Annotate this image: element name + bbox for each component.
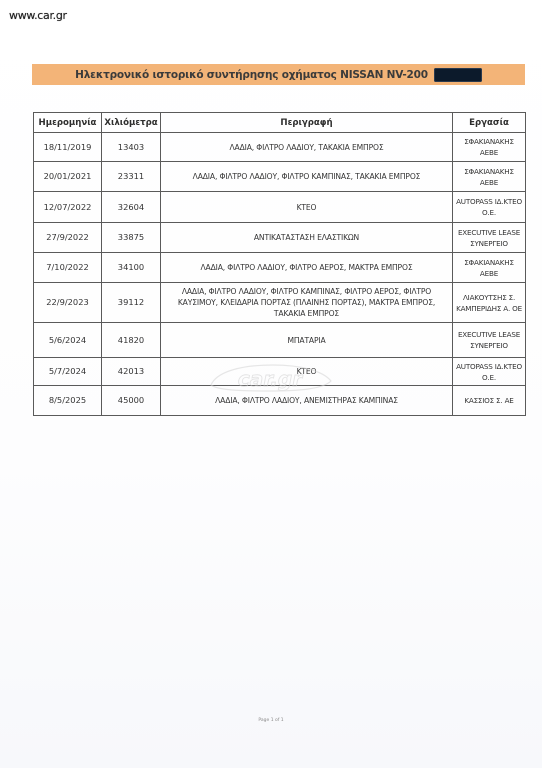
cell-date: 18/11/2019 bbox=[34, 133, 102, 162]
cell-description: ΛΑΔΙΑ, ΦΙΛΤΡΟ ΛΑΔΙΟΥ, ΤΑΚΑΚΙΑ ΕΜΠΡΟΣ bbox=[161, 133, 453, 162]
cell-date: 22/9/2023 bbox=[34, 283, 102, 323]
table-row: 5/6/202441820ΜΠΑΤΑΡΙΑEXECUTIVE LEASE ΣΥΝ… bbox=[34, 323, 526, 358]
cell-workshop: ΣΦΑΚΙΑΝΑΚΗΣ ΑΕΒΕ bbox=[453, 253, 526, 283]
cell-workshop: AUTOPASS ΙΔ.ΚΤΕΟ Ο.Ε. bbox=[453, 358, 526, 386]
header-km: Χιλιόμετρα bbox=[102, 113, 161, 133]
cell-date: 27/9/2022 bbox=[34, 223, 102, 253]
document-title: Ηλεκτρονικό ιστορικό συντήρησης οχήματος… bbox=[75, 69, 428, 81]
cell-description: ΚΤΕΟ bbox=[161, 192, 453, 223]
table-row: 22/9/202339112ΛΑΔΙΑ, ΦΙΛΤΡΟ ΛΑΔΙΟΥ, ΦΙΛΤ… bbox=[34, 283, 526, 323]
cell-description: ΛΑΔΙΑ, ΦΙΛΤΡΟ ΛΑΔΙΟΥ, ΦΙΛΤΡΟ ΚΑΜΠΙΝΑΣ, Φ… bbox=[161, 283, 453, 323]
cell-workshop: EXECUTIVE LEASE ΣΥΝΕΡΓΕΙΟ bbox=[453, 323, 526, 358]
table-row: 18/11/201913403ΛΑΔΙΑ, ΦΙΛΤΡΟ ΛΑΔΙΟΥ, ΤΑΚ… bbox=[34, 133, 526, 162]
header-description: Περιγραφή bbox=[161, 113, 453, 133]
cell-km: 45000 bbox=[102, 386, 161, 416]
site-watermark: www.car.gr bbox=[9, 9, 67, 22]
cell-date: 8/5/2025 bbox=[34, 386, 102, 416]
cell-workshop: ΣΦΑΚΙΑΝΑΚΗΣ ΑΕΒΕ bbox=[453, 162, 526, 192]
cell-date: 5/7/2024 bbox=[34, 358, 102, 386]
cell-km: 33875 bbox=[102, 223, 161, 253]
cell-km: 34100 bbox=[102, 253, 161, 283]
table-row: 7/10/202234100ΛΑΔΙΑ, ΦΙΛΤΡΟ ΛΑΔΙΟΥ, ΦΙΛΤ… bbox=[34, 253, 526, 283]
cell-km: 23311 bbox=[102, 162, 161, 192]
maintenance-history-table: Ημερομηνία Χιλιόμετρα Περιγραφή Εργασία … bbox=[33, 112, 526, 416]
cell-description: ΛΑΔΙΑ, ΦΙΛΤΡΟ ΛΑΔΙΟΥ, ΦΙΛΤΡΟ ΑΕΡΟΣ, ΜΑΚΤ… bbox=[161, 253, 453, 283]
cell-workshop: EXECUTIVE LEASE ΣΥΝΕΡΓΕΙΟ bbox=[453, 223, 526, 253]
cell-date: 7/10/2022 bbox=[34, 253, 102, 283]
scanned-page: www.car.gr Ηλεκτρονικό ιστορικό συντήρησ… bbox=[0, 0, 542, 768]
table-row: 12/07/202232604ΚΤΕΟAUTOPASS ΙΔ.ΚΤΕΟ Ο.Ε. bbox=[34, 192, 526, 223]
table-row: 20/01/202123311ΛΑΔΙΑ, ΦΙΛΤΡΟ ΛΑΔΙΟΥ, ΦΙΛ… bbox=[34, 162, 526, 192]
cell-date: 5/6/2024 bbox=[34, 323, 102, 358]
table-body: 18/11/201913403ΛΑΔΙΑ, ΦΙΛΤΡΟ ΛΑΔΙΟΥ, ΤΑΚ… bbox=[34, 133, 526, 416]
cell-workshop: ΣΦΑΚΙΑΝΑΚΗΣ ΑΕΒΕ bbox=[453, 133, 526, 162]
cell-km: 32604 bbox=[102, 192, 161, 223]
cell-workshop: ΚΑΣΣΙΟΣ Σ. ΑΕ bbox=[453, 386, 526, 416]
page-number: Page 1 of 1 bbox=[0, 718, 542, 723]
cell-km: 13403 bbox=[102, 133, 161, 162]
cell-description: ΛΑΔΙΑ, ΦΙΛΤΡΟ ΛΑΔΙΟΥ, ΦΙΛΤΡΟ ΚΑΜΠΙΝΑΣ, Τ… bbox=[161, 162, 453, 192]
header-date: Ημερομηνία bbox=[34, 113, 102, 133]
cell-date: 12/07/2022 bbox=[34, 192, 102, 223]
table-row: 27/9/202233875ΑΝΤΙΚΑΤΑΣΤΑΣΗ ΕΛΑΣΤΙΚΩΝEXE… bbox=[34, 223, 526, 253]
cell-km: 39112 bbox=[102, 283, 161, 323]
cell-description: ΛΑΔΙΑ, ΦΙΛΤΡΟ ΛΑΔΙΟΥ, ΑΝΕΜΙΣΤΗΡΑΣ ΚΑΜΠΙΝ… bbox=[161, 386, 453, 416]
cell-description: ΑΝΤΙΚΑΤΑΣΤΑΣΗ ΕΛΑΣΤΙΚΩΝ bbox=[161, 223, 453, 253]
redacted-plate-box bbox=[434, 68, 482, 82]
cell-workshop: ΛΙΑΚΟΥΤΣΗΣ Σ. ΚΑΜΠΕΡΙΔΗΣ Α. ΟΕ bbox=[453, 283, 526, 323]
title-banner: Ηλεκτρονικό ιστορικό συντήρησης οχήματος… bbox=[32, 64, 525, 85]
cell-workshop: AUTOPASS ΙΔ.ΚΤΕΟ Ο.Ε. bbox=[453, 192, 526, 223]
cell-km: 41820 bbox=[102, 323, 161, 358]
table-row: 8/5/202545000ΛΑΔΙΑ, ΦΙΛΤΡΟ ΛΑΔΙΟΥ, ΑΝΕΜΙ… bbox=[34, 386, 526, 416]
cell-description: ΜΠΑΤΑΡΙΑ bbox=[161, 323, 453, 358]
cell-date: 20/01/2021 bbox=[34, 162, 102, 192]
table-header-row: Ημερομηνία Χιλιόμετρα Περιγραφή Εργασία bbox=[34, 113, 526, 133]
header-workshop: Εργασία bbox=[453, 113, 526, 133]
cell-description: ΚΤΕΟ bbox=[161, 358, 453, 386]
cell-km: 42013 bbox=[102, 358, 161, 386]
table-row: 5/7/202442013ΚΤΕΟAUTOPASS ΙΔ.ΚΤΕΟ Ο.Ε. bbox=[34, 358, 526, 386]
